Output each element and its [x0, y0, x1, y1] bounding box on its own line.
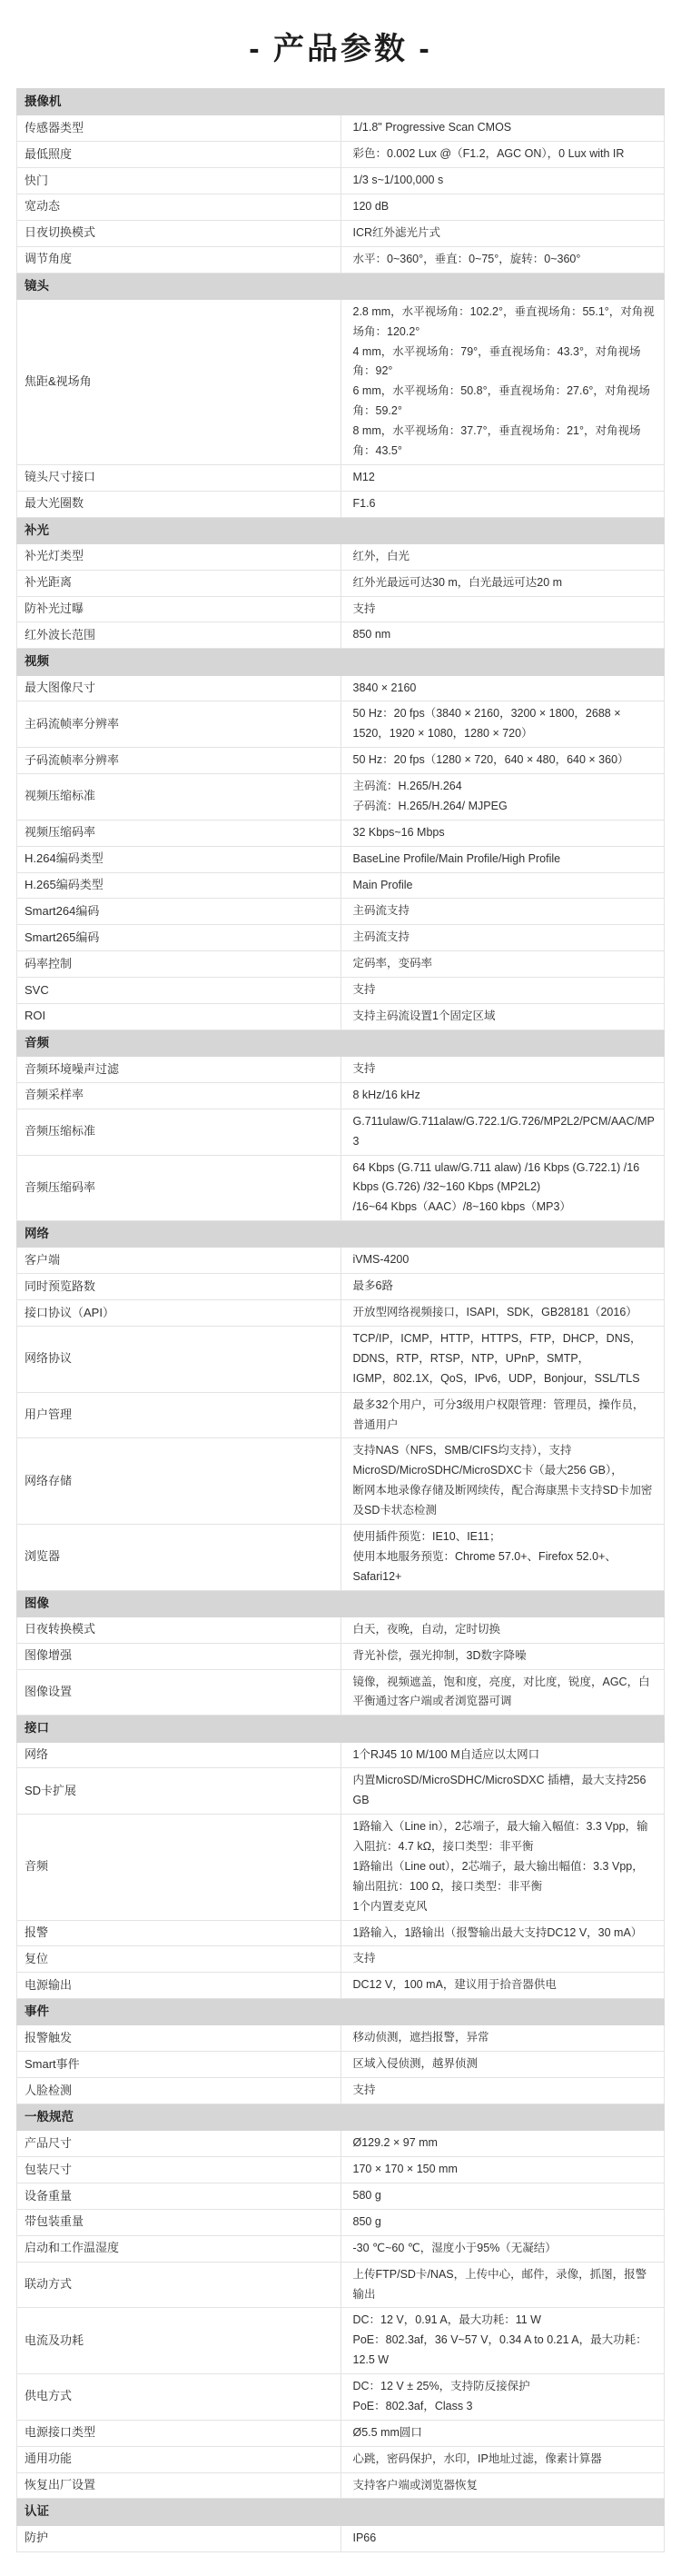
section-header-row: 补光 [17, 517, 665, 543]
spec-value: DC：12 V ± 25%，支持防反接保护PoE：802.3af，Class 3 [340, 2374, 665, 2421]
spec-label: 主码流帧率分辨率 [17, 701, 341, 748]
spec-row: 音频环境噪声过滤支持 [17, 1057, 665, 1083]
spec-row: 日夜切换模式ICR红外滤光片式 [17, 220, 665, 246]
spec-label: 网络 [17, 1742, 341, 1768]
spec-value-line: IGMP，802.1X，QoS，IPv6，UDP，Bonjour，SSL/TLS [353, 1369, 656, 1389]
spec-label: 快门 [17, 168, 341, 194]
spec-label: 客户端 [17, 1248, 341, 1274]
spec-row: 音频压缩标准G.711ulaw/G.711alaw/G.722.1/G.726/… [17, 1109, 665, 1155]
section-header: 图像 [17, 1590, 665, 1616]
spec-value-line: PoE：802.3af，Class 3 [353, 2397, 656, 2417]
spec-value: 使用插件预览：IE10、IE11；使用本地服务预览：Chrome 57.0+、F… [340, 1524, 665, 1590]
spec-value: 支持 [340, 978, 665, 1004]
spec-label: 最大图像尺寸 [17, 675, 341, 701]
spec-label: Smart264编码 [17, 899, 341, 925]
spec-row: 补光灯类型红外，白光 [17, 543, 665, 570]
spec-value: 1路输入，1路输出（报警输出最大支持DC12 V，30 mA） [340, 1920, 665, 1946]
spec-value: 170 × 170 × 150 mm [340, 2157, 665, 2183]
spec-value-line: 主码流支持 [353, 901, 656, 921]
spec-value: 支持 [340, 1946, 665, 1973]
spec-value: 白天，夜晚，自动，定时切换 [340, 1616, 665, 1643]
spec-value: 主码流支持 [340, 899, 665, 925]
spec-row: 最低照度彩色：0.002 Lux @（F1.2，AGC ON），0 Lux wi… [17, 142, 665, 168]
spec-label: 浏览器 [17, 1524, 341, 1590]
section-header-row: 认证 [17, 2499, 665, 2525]
spec-row: 防护IP66 [17, 2525, 665, 2551]
spec-table-wrap: 摄像机传感器类型1/1.8" Progressive Scan CMOS最低照度… [16, 88, 665, 2552]
spec-label: 接口协议（API） [17, 1300, 341, 1327]
spec-value: Ø5.5 mm圆口 [340, 2420, 665, 2446]
section-header: 接口 [17, 1716, 665, 1742]
spec-value: 50 Hz：20 fps（3840 × 2160，3200 × 1800，268… [340, 701, 665, 748]
spec-value-line: 红外光最远可达30 m，白光最远可达20 m [353, 573, 656, 593]
spec-value: 水平：0~360°，垂直：0~75°，旋转：0~360° [340, 246, 665, 273]
section-header-row: 视频 [17, 649, 665, 675]
spec-value-line: 支持 [353, 2081, 656, 2101]
spec-value-line: 红外，白光 [353, 547, 656, 567]
spec-page: - 产品参数 - 摄像机传感器类型1/1.8" Progressive Scan… [0, 0, 681, 2576]
spec-label: Smart265编码 [17, 925, 341, 951]
spec-label: 用户管理 [17, 1392, 341, 1438]
spec-value: 定码率，变码率 [340, 951, 665, 978]
spec-value-line: DC：12 V，0.91 A，最大功耗：11 W [353, 2311, 656, 2331]
section-header: 摄像机 [17, 89, 665, 115]
spec-value: 支持 [340, 1057, 665, 1083]
spec-value: 彩色：0.002 Lux @（F1.2，AGC ON），0 Lux with I… [340, 142, 665, 168]
spec-label: 子码流帧率分辨率 [17, 748, 341, 774]
spec-row: H.265编码类型Main Profile [17, 872, 665, 899]
spec-row: 同时预览路数最多6路 [17, 1274, 665, 1300]
spec-row: 浏览器使用插件预览：IE10、IE11；使用本地服务预览：Chrome 57.0… [17, 1524, 665, 1590]
spec-label: 报警触发 [17, 2025, 341, 2052]
spec-row: 启动和工作温湿度-30 ℃~60 ℃，湿度小于95%（无凝结） [17, 2235, 665, 2262]
spec-label: 日夜切换模式 [17, 220, 341, 246]
spec-value-line: 最多32个用户，可分3级用户权限管理：管理员，操作员，普通用户 [353, 1396, 656, 1436]
spec-value: 镜像，视频遮盖，饱和度，亮度，对比度，锐度，AGC，白平衡通过客户端或者浏览器可… [340, 1669, 665, 1716]
spec-value-line: 580 g [353, 2186, 656, 2206]
spec-value-line: BaseLine Profile/Main Profile/High Profi… [353, 850, 656, 870]
section-header-row: 图像 [17, 1590, 665, 1616]
spec-value: 背光补偿，强光抑制，3D数字降噪 [340, 1643, 665, 1669]
spec-row: Smart264编码主码流支持 [17, 899, 665, 925]
spec-row: 电流及功耗DC：12 V，0.91 A，最大功耗：11 WPoE：802.3af… [17, 2308, 665, 2374]
spec-label: 最低照度 [17, 142, 341, 168]
spec-label: 供电方式 [17, 2374, 341, 2421]
spec-value-line: 主码流：H.265/H.264 [353, 777, 656, 797]
spec-value-line: 支持 [353, 1949, 656, 1969]
spec-value-line: 上传FTP/SD卡/NAS，上传中心，邮件，录像，抓图，报警输出 [353, 2265, 656, 2305]
spec-value-line: /16~64 Kbps（AAC）/8~160 kbps（MP3） [353, 1198, 656, 1218]
spec-row: Smart265编码主码流支持 [17, 925, 665, 951]
spec-row: Smart事件区域入侵侦测，越界侦测 [17, 2052, 665, 2078]
spec-value-line: 支持NAS（NFS，SMB/CIFS均支持），支持MicroSD/MicroSD… [353, 1441, 656, 1481]
spec-value-line: 断网本地录像存储及断网续传，配合海康黑卡支持SD卡加密及SD卡状态检测 [353, 1481, 656, 1521]
spec-row: 报警1路输入，1路输出（报警输出最大支持DC12 V，30 mA） [17, 1920, 665, 1946]
spec-label: 通用功能 [17, 2446, 341, 2472]
spec-label: 报警 [17, 1920, 341, 1946]
spec-value-line: ICR红外滤光片式 [353, 224, 656, 244]
section-header: 认证 [17, 2499, 665, 2525]
spec-row: 电源接口类型Ø5.5 mm圆口 [17, 2420, 665, 2446]
spec-label: SD卡扩展 [17, 1768, 341, 1815]
spec-value: G.711ulaw/G.711alaw/G.722.1/G.726/MP2L2/… [340, 1109, 665, 1155]
spec-value: 内置MicroSD/MicroSDHC/MicroSDXC 插槽，最大支持256… [340, 1768, 665, 1815]
spec-row: 红外波长范围850 nm [17, 622, 665, 649]
spec-value: 850 g [340, 2209, 665, 2235]
spec-row: 人脸检测支持 [17, 2078, 665, 2104]
spec-value: 主码流：H.265/H.264子码流：H.265/H.264/ MJPEG [340, 774, 665, 821]
spec-row: 日夜转换模式白天，夜晚，自动，定时切换 [17, 1616, 665, 1643]
spec-value: 8 kHz/16 kHz [340, 1082, 665, 1109]
spec-value-line: 8 kHz/16 kHz [353, 1086, 656, 1106]
spec-value-line: -30 ℃~60 ℃，湿度小于95%（无凝结） [353, 2239, 656, 2259]
spec-value-line: 1个RJ45 10 M/100 M自适应以太网口 [353, 1746, 656, 1765]
spec-label: 焦距&视场角 [17, 299, 341, 464]
spec-value-line: 移动侦测，遮挡报警，异常 [353, 2028, 656, 2048]
spec-row: 图像增强背光补偿，强光抑制，3D数字降噪 [17, 1643, 665, 1669]
spec-value-line: Ø5.5 mm圆口 [353, 2423, 656, 2443]
spec-label: 恢复出厂设置 [17, 2472, 341, 2499]
spec-row: 图像设置镜像，视频遮盖，饱和度，亮度，对比度，锐度，AGC，白平衡通过客户端或者… [17, 1669, 665, 1716]
spec-value: Ø129.2 × 97 mm [340, 2131, 665, 2157]
spec-row: 用户管理最多32个用户，可分3级用户权限管理：管理员，操作员，普通用户 [17, 1392, 665, 1438]
spec-label: 视频压缩标准 [17, 774, 341, 821]
spec-value-line: 2.8 mm，水平视场角：102.2°，垂直视场角：55.1°，对角视场角：12… [353, 303, 656, 343]
spec-row: 供电方式DC：12 V ± 25%，支持防反接保护PoE：802.3af，Cla… [17, 2374, 665, 2421]
spec-value: TCP/IP，ICMP，HTTP，HTTPS，FTP，DHCP，DNS，DDNS… [340, 1327, 665, 1393]
spec-label: 音频采样率 [17, 1082, 341, 1109]
spec-row: 视频压缩码率32 Kbps~16 Mbps [17, 820, 665, 846]
spec-value-line: Main Profile [353, 876, 656, 896]
spec-value: IP66 [340, 2525, 665, 2551]
spec-row: 电源输出DC12 V，100 mA，建议用于拾音器供电 [17, 1973, 665, 1999]
spec-value-line: 1路输入（Line in），2芯端子，最大输入幅值：3.3 Vpp，输入阻抗：4… [353, 1817, 656, 1857]
spec-table: 摄像机传感器类型1/1.8" Progressive Scan CMOS最低照度… [16, 88, 665, 2552]
spec-value-line: 1路输出（Line out），2芯端子，最大输出幅值：3.3 Vpp，输出阻抗：… [353, 1857, 656, 1897]
spec-value: 移动侦测，遮挡报警，异常 [340, 2025, 665, 2052]
spec-value-line: 内置MicroSD/MicroSDHC/MicroSDXC 插槽，最大支持256… [353, 1771, 656, 1811]
spec-value: 红外光最远可达30 m，白光最远可达20 m [340, 570, 665, 596]
spec-value-line: PoE：802.3af，36 V~57 V，0.34 A to 0.21 A，最… [353, 2331, 656, 2371]
spec-value-line: DC：12 V ± 25%，支持防反接保护 [353, 2377, 656, 2397]
section-header-row: 网络 [17, 1221, 665, 1248]
section-header: 视频 [17, 649, 665, 675]
spec-row: 客户端iVMS-4200 [17, 1248, 665, 1274]
spec-value-line: 水平：0~360°，垂直：0~75°，旋转：0~360° [353, 250, 656, 270]
spec-label: 音频压缩标准 [17, 1109, 341, 1155]
spec-row: H.264编码类型BaseLine Profile/Main Profile/H… [17, 846, 665, 872]
spec-value-line: 1/3 s~1/100,000 s [353, 171, 656, 191]
spec-value-line: 850 g [353, 2213, 656, 2233]
spec-value-line: 主码流支持 [353, 928, 656, 948]
section-header: 一般规范 [17, 2104, 665, 2131]
spec-row: 视频压缩标准主码流：H.265/H.264子码流：H.265/H.264/ MJ… [17, 774, 665, 821]
spec-value: 32 Kbps~16 Mbps [340, 820, 665, 846]
spec-value-line: IP66 [353, 2529, 656, 2549]
spec-value-line: G.711ulaw/G.711alaw/G.722.1/G.726/MP2L2/… [353, 1112, 656, 1152]
spec-label: 音频压缩码率 [17, 1155, 341, 1221]
spec-value: 支持主码流设置1个固定区域 [340, 1003, 665, 1029]
spec-value: F1.6 [340, 491, 665, 517]
spec-value: 支持NAS（NFS，SMB/CIFS均支持），支持MicroSD/MicroSD… [340, 1438, 665, 1525]
spec-value: 支持客户端或浏览器恢复 [340, 2472, 665, 2499]
spec-value: 支持 [340, 2078, 665, 2104]
spec-value: iVMS-4200 [340, 1248, 665, 1274]
spec-value: 120 dB [340, 194, 665, 220]
spec-row: 包装尺寸170 × 170 × 150 mm [17, 2157, 665, 2183]
section-header-row: 摄像机 [17, 89, 665, 115]
spec-label: 产品尺寸 [17, 2131, 341, 2157]
spec-value-line: 支持 [353, 1059, 656, 1079]
spec-row: SVC支持 [17, 978, 665, 1004]
spec-value-line: 开放型网络视频接口，ISAPI，SDK，GB28181（2016） [353, 1303, 656, 1323]
spec-label: 补光距离 [17, 570, 341, 596]
spec-row: 音频压缩码率64 Kbps (G.711 ulaw/G.711 alaw) /1… [17, 1155, 665, 1221]
spec-label: Smart事件 [17, 2052, 341, 2078]
spec-label: 电源输出 [17, 1973, 341, 1999]
spec-value-line: 支持 [353, 980, 656, 1000]
spec-value-line: 1个内置麦克风 [353, 1897, 656, 1917]
spec-label: H.264编码类型 [17, 846, 341, 872]
spec-value: 850 nm [340, 622, 665, 649]
spec-value-line: 170 × 170 × 150 mm [353, 2160, 656, 2180]
spec-value: Main Profile [340, 872, 665, 899]
spec-label: 网络存储 [17, 1438, 341, 1525]
spec-label: 宽动态 [17, 194, 341, 220]
section-header: 音频 [17, 1029, 665, 1056]
spec-value-line: 1路输入，1路输出（报警输出最大支持DC12 V，30 mA） [353, 1924, 656, 1944]
spec-label: 镜头尺寸接口 [17, 464, 341, 491]
spec-label: 包装尺寸 [17, 2157, 341, 2183]
spec-value-line: 定码率，变码率 [353, 954, 656, 974]
spec-value: 1/1.8" Progressive Scan CMOS [340, 115, 665, 142]
spec-label: 日夜转换模式 [17, 1616, 341, 1643]
spec-value: DC12 V，100 mA，建议用于拾音器供电 [340, 1973, 665, 1999]
spec-value-line: 32 Kbps~16 Mbps [353, 823, 656, 843]
spec-row: 快门1/3 s~1/100,000 s [17, 168, 665, 194]
spec-row: 带包装重量850 g [17, 2209, 665, 2235]
spec-value: 红外，白光 [340, 543, 665, 570]
spec-value: 1/3 s~1/100,000 s [340, 168, 665, 194]
spec-value-line: F1.6 [353, 494, 656, 514]
spec-value-line: 6 mm，水平视场角：50.8°，垂直视场角：27.6°，对角视场角：59.2° [353, 382, 656, 422]
spec-row: 网络存储支持NAS（NFS，SMB/CIFS均支持），支持MicroSD/Mic… [17, 1438, 665, 1525]
spec-label: 视频压缩码率 [17, 820, 341, 846]
spec-row: 子码流帧率分辨率50 Hz：20 fps（1280 × 720，640 × 48… [17, 748, 665, 774]
section-header: 事件 [17, 1999, 665, 2025]
spec-value: BaseLine Profile/Main Profile/High Profi… [340, 846, 665, 872]
spec-label: ROI [17, 1003, 341, 1029]
spec-row: 焦距&视场角2.8 mm，水平视场角：102.2°，垂直视场角：55.1°，对角… [17, 299, 665, 464]
spec-value-line: 64 Kbps (G.711 ulaw/G.711 alaw) /16 Kbps… [353, 1159, 656, 1198]
section-header-row: 镜头 [17, 273, 665, 299]
spec-value-line: 支持客户端或浏览器恢复 [353, 2476, 656, 2496]
spec-value-line: 120 dB [353, 197, 656, 217]
section-header-row: 接口 [17, 1716, 665, 1742]
spec-row: SD卡扩展内置MicroSD/MicroSDHC/MicroSDXC 插槽，最大… [17, 1768, 665, 1815]
spec-value: 3840 × 2160 [340, 675, 665, 701]
spec-label: 复位 [17, 1946, 341, 1973]
spec-value-line: 使用本地服务预览：Chrome 57.0+、Firefox 52.0+、Safa… [353, 1547, 656, 1587]
spec-row: 主码流帧率分辨率50 Hz：20 fps（3840 × 2160，3200 × … [17, 701, 665, 748]
spec-value-line: 心跳，密码保护，水印，IP地址过滤，像素计算器 [353, 2450, 656, 2470]
section-header: 网络 [17, 1221, 665, 1248]
spec-row: 报警触发移动侦测，遮挡报警，异常 [17, 2025, 665, 2052]
spec-label: 启动和工作温湿度 [17, 2235, 341, 2262]
spec-value-line: 1/1.8" Progressive Scan CMOS [353, 118, 656, 138]
spec-row: 调节角度水平：0~360°，垂直：0~75°，旋转：0~360° [17, 246, 665, 273]
spec-value-line: 50 Hz：20 fps（1280 × 720，640 × 480，640 × … [353, 751, 656, 771]
spec-value: ICR红外滤光片式 [340, 220, 665, 246]
spec-value: 开放型网络视频接口，ISAPI，SDK，GB28181（2016） [340, 1300, 665, 1327]
spec-value-line: 彩色：0.002 Lux @（F1.2，AGC ON），0 Lux with I… [353, 144, 656, 164]
spec-value-line: 支持 [353, 600, 656, 620]
section-header-row: 音频 [17, 1029, 665, 1056]
spec-value: 64 Kbps (G.711 ulaw/G.711 alaw) /16 Kbps… [340, 1155, 665, 1221]
spec-label: 防补光过曝 [17, 596, 341, 622]
spec-label: 图像设置 [17, 1669, 341, 1716]
spec-value-line: 白天，夜晚，自动，定时切换 [353, 1620, 656, 1640]
spec-value-line: 区域入侵侦测，越界侦测 [353, 2054, 656, 2074]
spec-value: -30 ℃~60 ℃，湿度小于95%（无凝结） [340, 2235, 665, 2262]
spec-value-line: iVMS-4200 [353, 1250, 656, 1270]
spec-value: 区域入侵侦测，越界侦测 [340, 2052, 665, 2078]
spec-value-line: 支持主码流设置1个固定区域 [353, 1007, 656, 1027]
page-title: - 产品参数 - [0, 24, 681, 68]
spec-value: 1个RJ45 10 M/100 M自适应以太网口 [340, 1742, 665, 1768]
spec-row: 补光距离红外光最远可达30 m，白光最远可达20 m [17, 570, 665, 596]
spec-value-line: 850 nm [353, 625, 656, 645]
spec-row: 音频采样率8 kHz/16 kHz [17, 1082, 665, 1109]
spec-label: 调节角度 [17, 246, 341, 273]
spec-row: 传感器类型1/1.8" Progressive Scan CMOS [17, 115, 665, 142]
spec-label: 设备重量 [17, 2183, 341, 2210]
spec-value: 支持 [340, 596, 665, 622]
section-header: 补光 [17, 517, 665, 543]
spec-label: 最大光圈数 [17, 491, 341, 517]
spec-value: 580 g [340, 2183, 665, 2210]
spec-value-line: 背光补偿，强光抑制，3D数字降噪 [353, 1646, 656, 1666]
spec-value-line: 50 Hz：20 fps（3840 × 2160，3200 × 1800，268… [353, 704, 656, 744]
spec-value: DC：12 V，0.91 A，最大功耗：11 WPoE：802.3af，36 V… [340, 2308, 665, 2374]
spec-row: 恢复出厂设置支持客户端或浏览器恢复 [17, 2472, 665, 2499]
spec-value-line: 使用插件预览：IE10、IE11； [353, 1527, 656, 1547]
spec-row: ROI支持主码流设置1个固定区域 [17, 1003, 665, 1029]
spec-value-line: TCP/IP，ICMP，HTTP，HTTPS，FTP，DHCP，DNS，DDNS… [353, 1329, 656, 1369]
spec-row: 最大图像尺寸3840 × 2160 [17, 675, 665, 701]
spec-row: 码率控制定码率，变码率 [17, 951, 665, 978]
spec-label: 联动方式 [17, 2262, 341, 2308]
spec-value: 2.8 mm，水平视场角：102.2°，垂直视场角：55.1°，对角视场角：12… [340, 299, 665, 464]
spec-row: 产品尺寸Ø129.2 × 97 mm [17, 2131, 665, 2157]
spec-label: 传感器类型 [17, 115, 341, 142]
spec-label: 人脸检测 [17, 2078, 341, 2104]
spec-value: 最多32个用户，可分3级用户权限管理：管理员，操作员，普通用户 [340, 1392, 665, 1438]
spec-label: 电流及功耗 [17, 2308, 341, 2374]
spec-label: 码率控制 [17, 951, 341, 978]
spec-row: 防补光过曝支持 [17, 596, 665, 622]
spec-value: 最多6路 [340, 1274, 665, 1300]
spec-value-line: 4 mm，水平视场角：79°，垂直视场角：43.3°，对角视场角：92° [353, 343, 656, 383]
spec-label: 电源接口类型 [17, 2420, 341, 2446]
spec-row: 音频1路输入（Line in），2芯端子，最大输入幅值：3.3 Vpp，输入阻抗… [17, 1815, 665, 1920]
spec-value: 1路输入（Line in），2芯端子，最大输入幅值：3.3 Vpp，输入阻抗：4… [340, 1815, 665, 1920]
spec-value-line: 8 mm，水平视场角：37.7°，垂直视场角：21°，对角视场角：43.5° [353, 422, 656, 462]
spec-label: 音频 [17, 1815, 341, 1920]
spec-value: 主码流支持 [340, 925, 665, 951]
spec-row: 网络协议TCP/IP，ICMP，HTTP，HTTPS，FTP，DHCP，DNS，… [17, 1327, 665, 1393]
spec-label: 防护 [17, 2525, 341, 2551]
spec-label: 图像增强 [17, 1643, 341, 1669]
spec-label: 网络协议 [17, 1327, 341, 1393]
section-header-row: 事件 [17, 1999, 665, 2025]
spec-row: 通用功能心跳，密码保护，水印，IP地址过滤，像素计算器 [17, 2446, 665, 2472]
spec-value-line: M12 [353, 468, 656, 488]
spec-label: 补光灯类型 [17, 543, 341, 570]
spec-row: 复位支持 [17, 1946, 665, 1973]
spec-value: M12 [340, 464, 665, 491]
spec-label: 红外波长范围 [17, 622, 341, 649]
spec-row: 设备重量580 g [17, 2183, 665, 2210]
spec-value-line: 子码流：H.265/H.264/ MJPEG [353, 797, 656, 817]
spec-row: 镜头尺寸接口M12 [17, 464, 665, 491]
section-header: 镜头 [17, 273, 665, 299]
spec-value-line: 镜像，视频遮盖，饱和度，亮度，对比度，锐度，AGC，白平衡通过客户端或者浏览器可… [353, 1673, 656, 1713]
spec-row: 联动方式上传FTP/SD卡/NAS，上传中心，邮件，录像，抓图，报警输出 [17, 2262, 665, 2308]
spec-label: 音频环境噪声过滤 [17, 1057, 341, 1083]
spec-row: 宽动态120 dB [17, 194, 665, 220]
spec-value-line: DC12 V，100 mA，建议用于拾音器供电 [353, 1975, 656, 1995]
spec-value: 50 Hz：20 fps（1280 × 720，640 × 480，640 × … [340, 748, 665, 774]
spec-row: 最大光圈数F1.6 [17, 491, 665, 517]
spec-label: 同时预览路数 [17, 1274, 341, 1300]
section-header-row: 一般规范 [17, 2104, 665, 2131]
spec-label: H.265编码类型 [17, 872, 341, 899]
spec-value-line: 最多6路 [353, 1277, 656, 1297]
spec-row: 网络1个RJ45 10 M/100 M自适应以太网口 [17, 1742, 665, 1768]
spec-row: 接口协议（API）开放型网络视频接口，ISAPI，SDK，GB28181（201… [17, 1300, 665, 1327]
spec-value: 上传FTP/SD卡/NAS，上传中心，邮件，录像，抓图，报警输出 [340, 2262, 665, 2308]
spec-label: 带包装重量 [17, 2209, 341, 2235]
spec-label: SVC [17, 978, 341, 1004]
spec-value-line: 3840 × 2160 [353, 679, 656, 699]
spec-value: 心跳，密码保护，水印，IP地址过滤，像素计算器 [340, 2446, 665, 2472]
spec-value-line: Ø129.2 × 97 mm [353, 2133, 656, 2153]
